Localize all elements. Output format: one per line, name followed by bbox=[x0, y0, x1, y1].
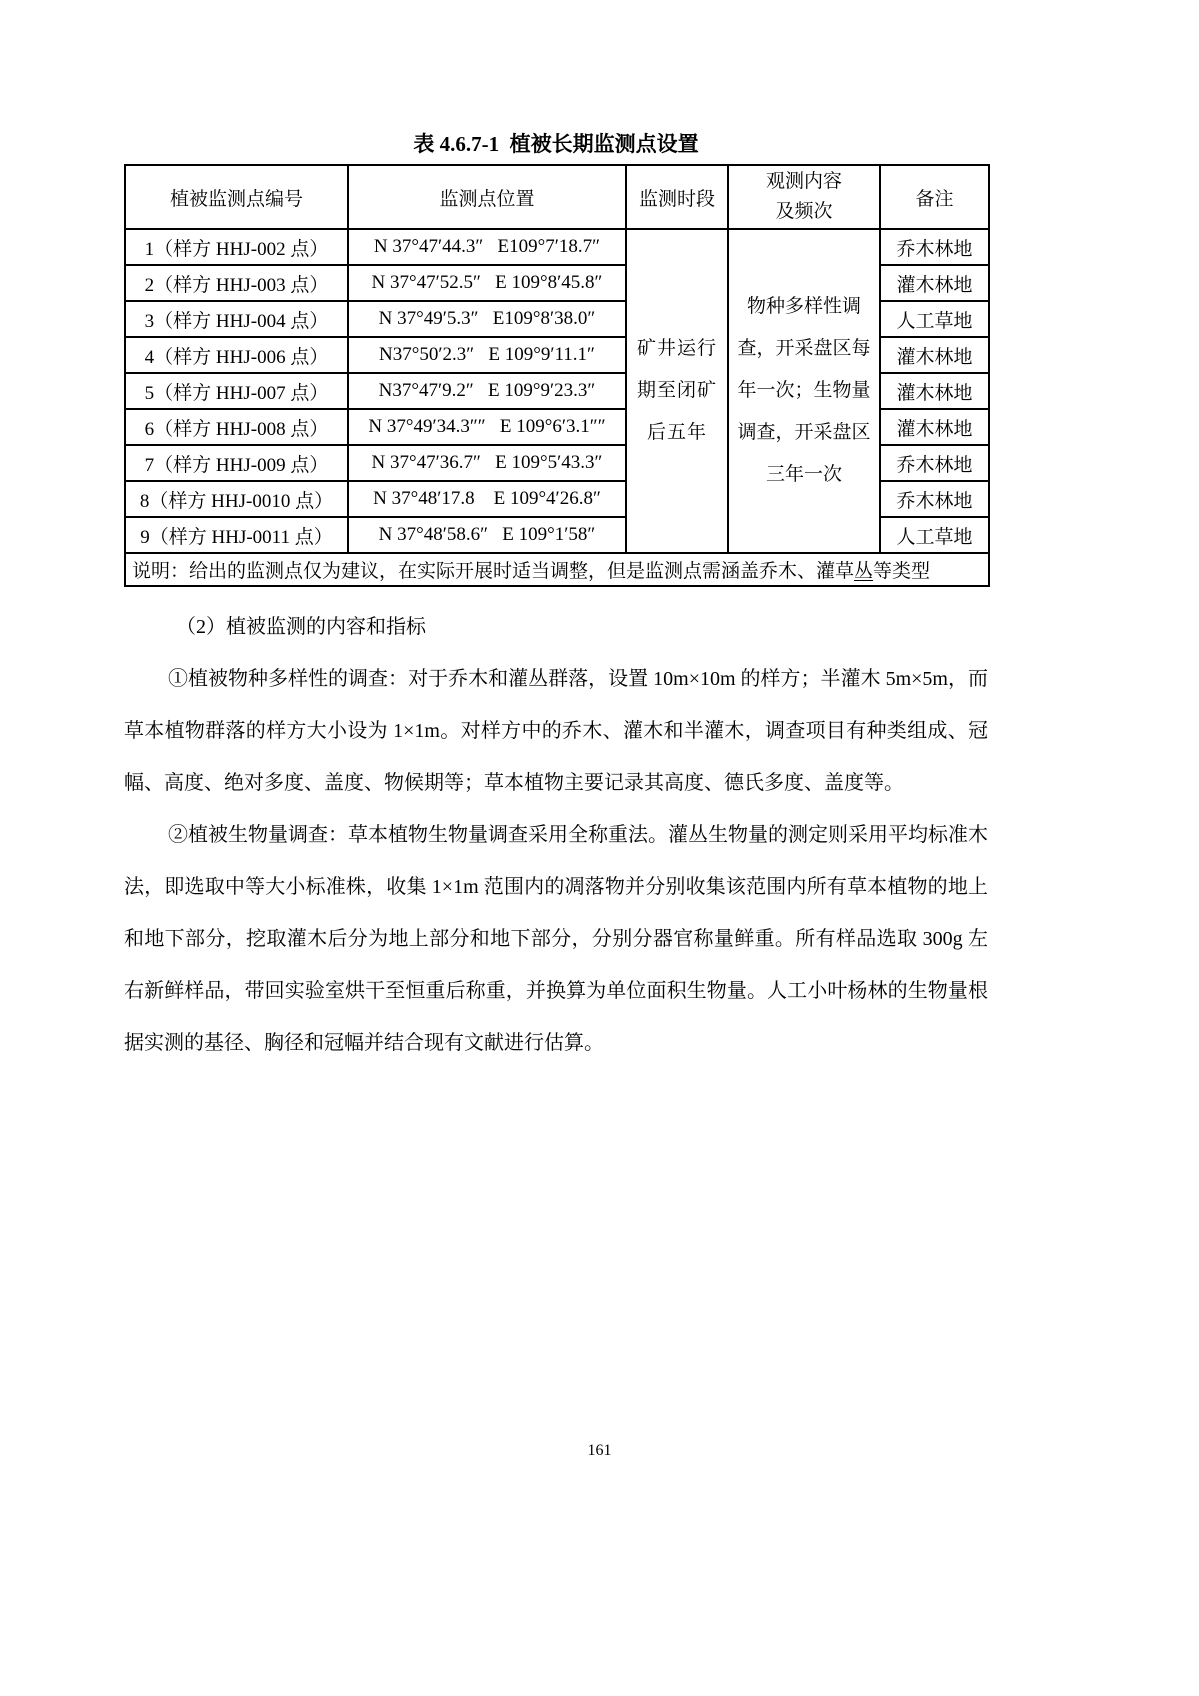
table-row: 1（样方 HHJ-002 点） N 37°47′44.3″ E109°7′18.… bbox=[125, 229, 989, 265]
location-cell: N 37°48′17.8 E 109°4′26.8″ bbox=[348, 481, 626, 517]
remark-cell: 乔木林地 bbox=[880, 481, 989, 517]
remark-cell: 人工草地 bbox=[880, 517, 989, 553]
table-note-row: 说明：给出的监测点仅为建议，在实际开展时适当调整，但是监测点需涵盖乔木、灌草丛等… bbox=[125, 553, 989, 586]
document-page: 表 4.6.7-1 植被长期监测点设置 植被监测点编号 监测点位置 监测时段 观… bbox=[0, 0, 1199, 1696]
remark-cell: 灌木林地 bbox=[880, 337, 989, 373]
table-title: 表 4.6.7-1 植被长期监测点设置 bbox=[124, 130, 988, 158]
frequency-cell: 物种多样性调查，开采盘区每年一次；生物量调查，开采盘区三年一次 bbox=[728, 229, 880, 553]
point-id-cell: 7（样方 HHJ-009 点） bbox=[125, 445, 348, 481]
location-cell: N37°47′9.2″ E 109°9′23.3″ bbox=[348, 373, 626, 409]
paragraph-biomass-survey: ②植被生物量调查：草本植物生物量调查采用全称重法。灌丛生物量的测定则采用平均标准… bbox=[124, 809, 988, 1069]
section-heading: （2）植被监测的内容和指标 bbox=[124, 601, 988, 653]
point-id-cell: 1（样方 HHJ-002 点） bbox=[125, 229, 348, 265]
period-cell: 矿井运行期至闭矿后五年 bbox=[626, 229, 728, 553]
location-cell: N 37°47′52.5″ E 109°8′45.8″ bbox=[348, 265, 626, 301]
point-id-cell: 9（样方 HHJ-0011 点） bbox=[125, 517, 348, 553]
point-id-cell: 8（样方 HHJ-0010 点） bbox=[125, 481, 348, 517]
page-content: 表 4.6.7-1 植被长期监测点设置 植被监测点编号 监测点位置 监测时段 观… bbox=[124, 130, 988, 1069]
point-id-cell: 2（样方 HHJ-003 点） bbox=[125, 265, 348, 301]
location-cell: N 37°47′44.3″ E109°7′18.7″ bbox=[348, 229, 626, 265]
remark-cell: 灌木林地 bbox=[880, 373, 989, 409]
location-cell: N 37°48′58.6″ E 109°1′58″ bbox=[348, 517, 626, 553]
note-text-suffix: 等类型 bbox=[873, 561, 930, 582]
page-number: 161 bbox=[0, 1442, 1199, 1460]
location-cell: N 37°49′34.3″″ E 109°6′3.1″″ bbox=[348, 409, 626, 445]
location-cell: N37°50′2.3″ E 109°9′11.1″ bbox=[348, 337, 626, 373]
location-cell: N 37°47′36.7″ E 109°5′43.3″ bbox=[348, 445, 626, 481]
header-period: 监测时段 bbox=[626, 165, 728, 229]
monitoring-points-table: 植被监测点编号 监测点位置 监测时段 观测内容 及频次 备注 1（样方 HHJ-… bbox=[124, 164, 990, 587]
point-id-cell: 4（样方 HHJ-006 点） bbox=[125, 337, 348, 373]
paragraph-species-diversity: ①植被物种多样性的调查：对于乔木和灌丛群落，设置 10m×10m 的样方；半灌木… bbox=[124, 653, 988, 809]
header-remark: 备注 bbox=[880, 165, 989, 229]
table-header-row: 植被监测点编号 监测点位置 监测时段 观测内容 及频次 备注 bbox=[125, 165, 989, 229]
remark-cell: 乔木林地 bbox=[880, 445, 989, 481]
note-text-prefix: 说明：给出的监测点仅为建议，在实际开展时适当调整，但是监测点需涵盖乔木、灌草 bbox=[132, 561, 854, 582]
location-cell: N 37°49′5.3″ E109°8′38.0″ bbox=[348, 301, 626, 337]
remark-cell: 灌木林地 bbox=[880, 409, 989, 445]
table-note-cell: 说明：给出的监测点仅为建议，在实际开展时适当调整，但是监测点需涵盖乔木、灌草丛等… bbox=[125, 553, 989, 586]
point-id-cell: 5（样方 HHJ-007 点） bbox=[125, 373, 348, 409]
point-id-cell: 3（样方 HHJ-004 点） bbox=[125, 301, 348, 337]
header-point-id: 植被监测点编号 bbox=[125, 165, 348, 229]
point-id-cell: 6（样方 HHJ-008 点） bbox=[125, 409, 348, 445]
note-text-underlined: 丛 bbox=[854, 561, 873, 582]
remark-cell: 乔木林地 bbox=[880, 229, 989, 265]
remark-cell: 人工草地 bbox=[880, 301, 989, 337]
header-location: 监测点位置 bbox=[348, 165, 626, 229]
header-content-frequency: 观测内容 及频次 bbox=[728, 165, 880, 229]
remark-cell: 灌木林地 bbox=[880, 265, 989, 301]
